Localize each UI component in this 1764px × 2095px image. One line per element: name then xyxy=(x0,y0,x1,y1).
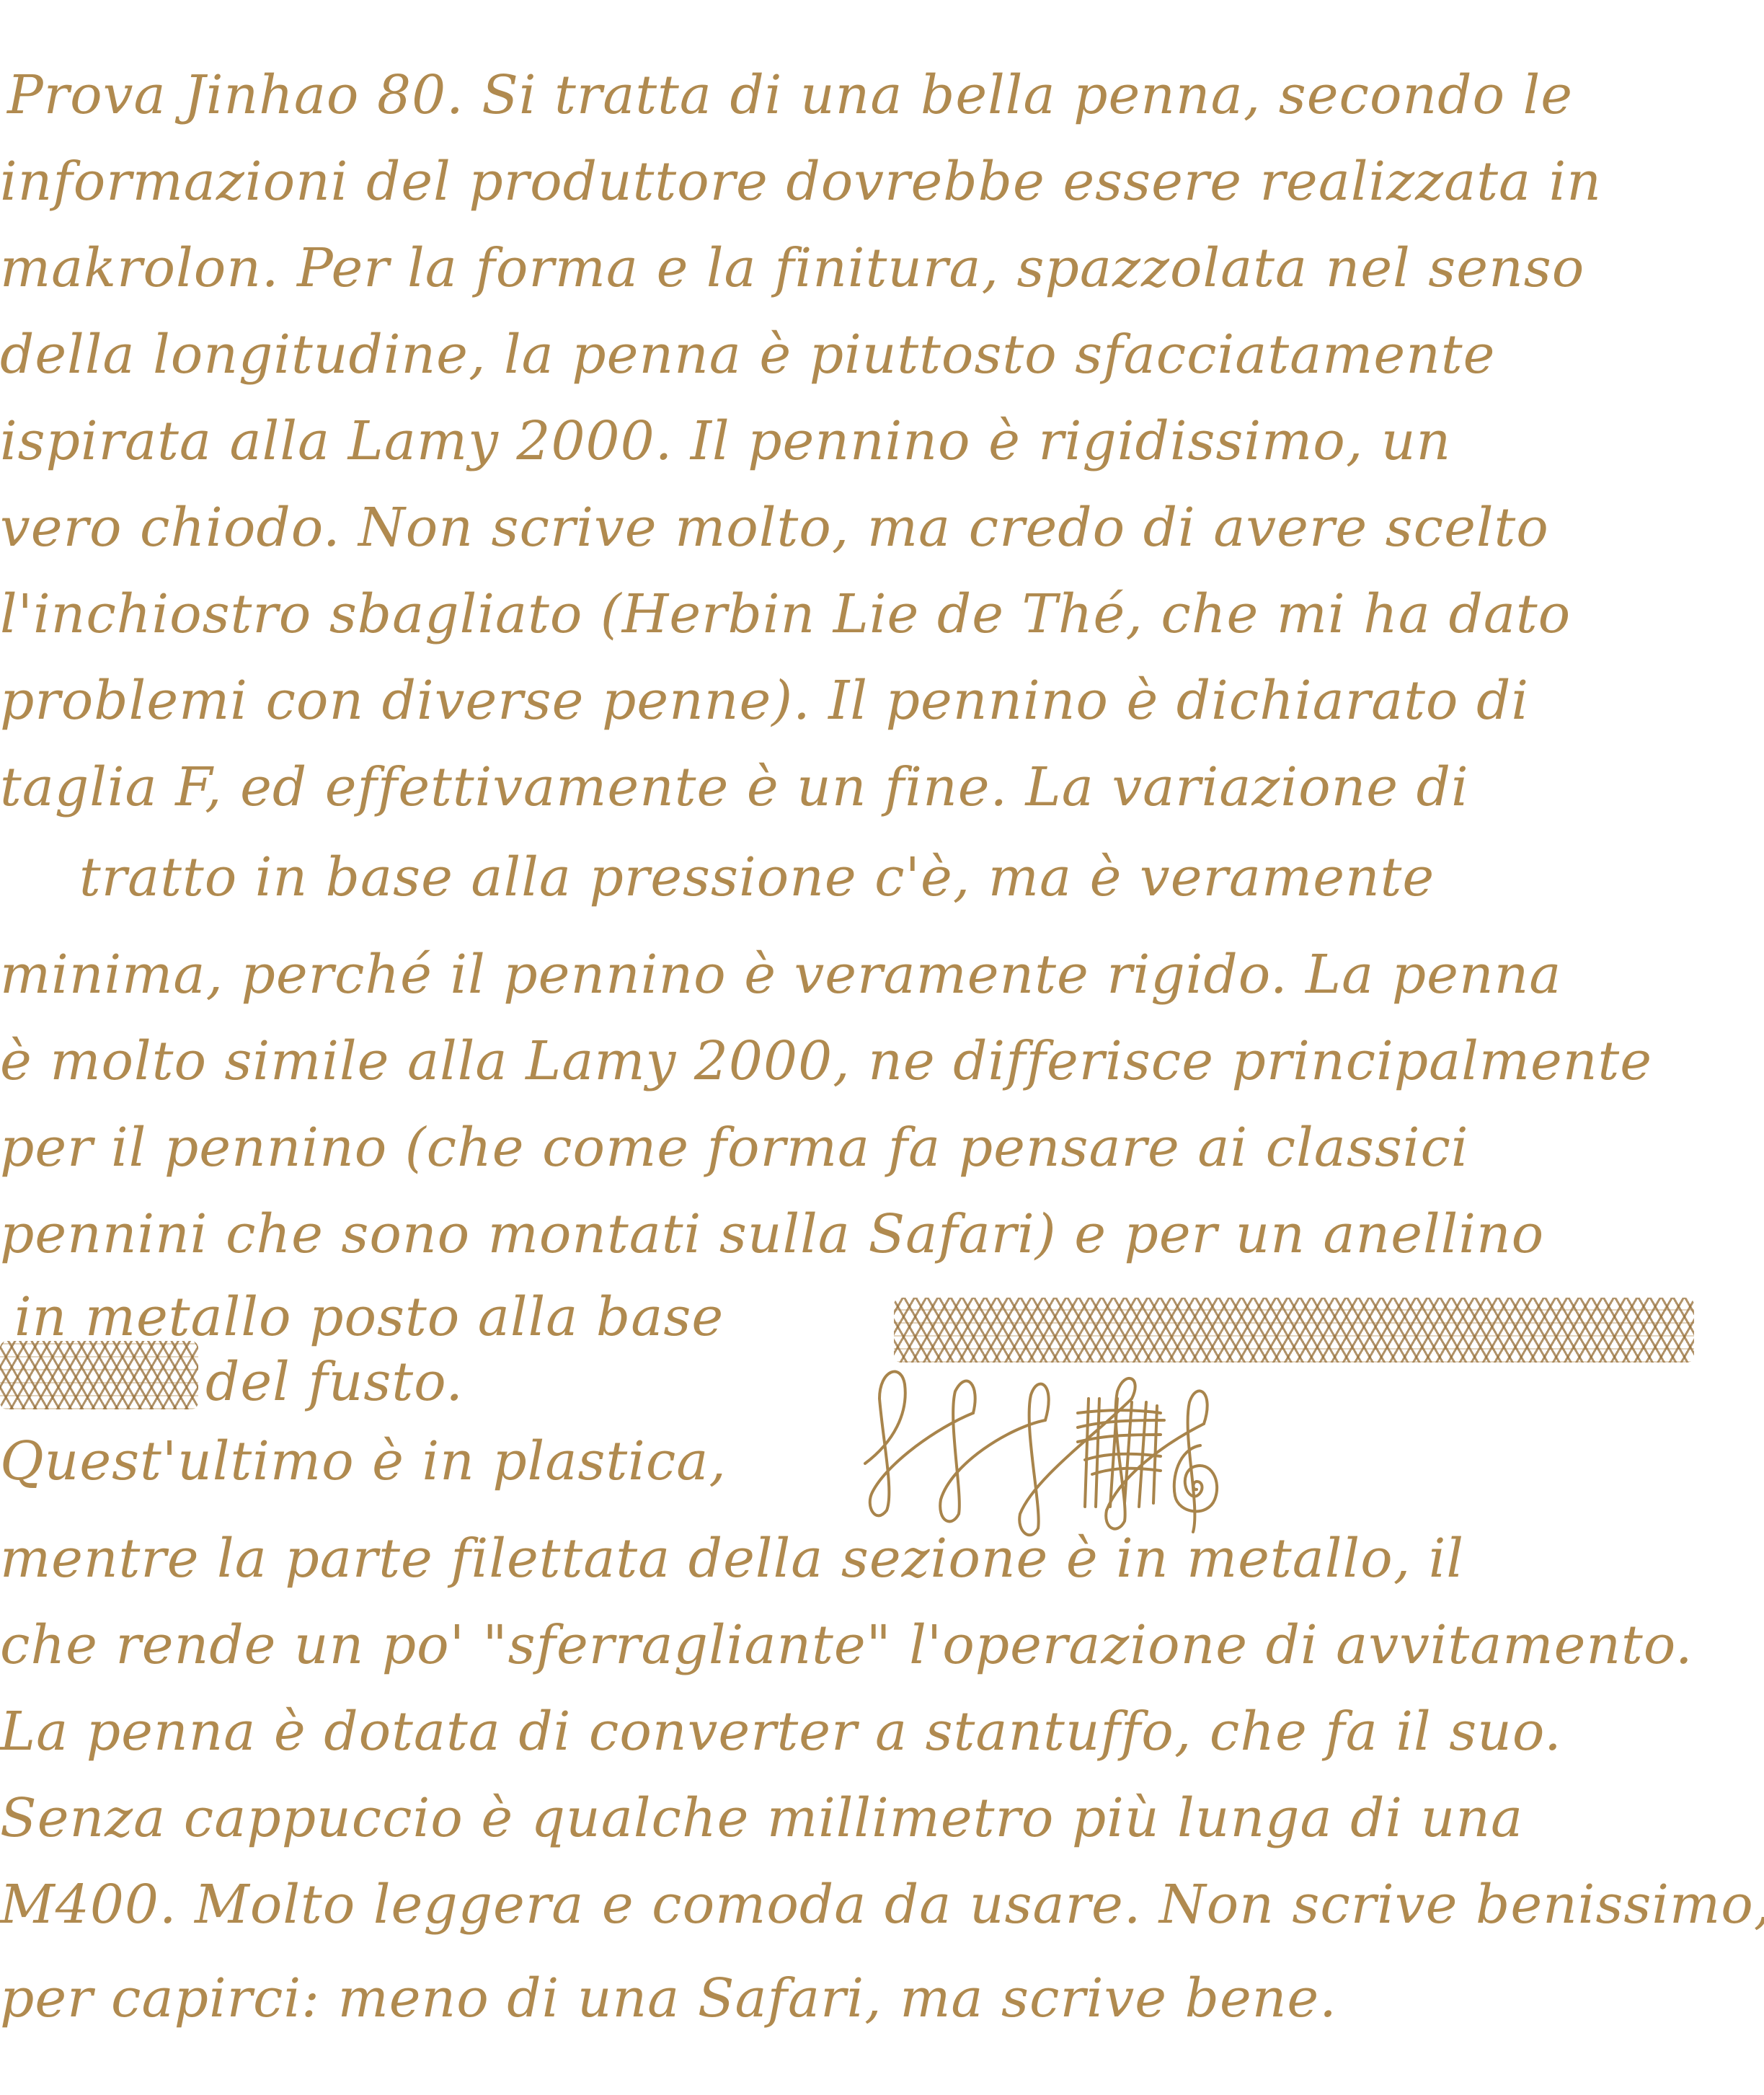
struck-out-scribble-1 xyxy=(894,1298,1694,1363)
text-line-12: è molto simile alla Lamy 2000, ne differ… xyxy=(0,1035,1652,1088)
text-line-3: makrolon. Per la forma e la finitura, sp… xyxy=(0,242,1585,295)
text-line-1: Prova Jinhao 80. Si tratta di una bella … xyxy=(7,68,1573,122)
text-line-8: problemi con diverse penne). Il pennino … xyxy=(0,674,1529,727)
text-line-4: della longitudine, la penna è piuttosto … xyxy=(0,328,1495,381)
text-line-20: La penna è dotata di converter a stantuf… xyxy=(0,1705,1562,1758)
text-line-9: taglia F, ed effettivamente è un fine. L… xyxy=(0,761,1469,814)
text-line-19: che rende un po' "sferragliante" l'opera… xyxy=(0,1618,1693,1672)
cross-hatch-grid-doodle xyxy=(1078,1395,1171,1510)
text-line-23: per capirci: meno di una Safari, ma scri… xyxy=(0,1972,1337,2025)
text-line-17: Quest'ultimo è in plastica, xyxy=(0,1435,727,1488)
text-line-15: in metallo posto alla base xyxy=(14,1290,724,1344)
text-line-13: per il pennino (che come forma fa pensar… xyxy=(0,1121,1469,1174)
text-line-5: ispirata alla Lamy 2000. Il pennino è ri… xyxy=(0,415,1451,468)
spiral-doodle xyxy=(1168,1442,1226,1521)
text-line-14: pennini che sono montati sulla Safari) e… xyxy=(0,1208,1544,1261)
handwritten-page: Prova Jinhao 80. Si tratta di una bella … xyxy=(0,0,1764,2095)
text-line-7: l'inchiostro sbagliato (Herbin Lie de Th… xyxy=(0,588,1571,641)
text-line-11: minima, perché il pennino è veramente ri… xyxy=(0,948,1561,1001)
text-line-6: vero chiodo. Non scrive molto, ma credo … xyxy=(0,501,1549,554)
text-line-21: Senza cappuccio è qualche millimetro più… xyxy=(0,1791,1523,1845)
text-line-10: tratto in base alla pressione c'è, ma è … xyxy=(79,851,1435,904)
text-line-22: M400. Molto leggera e comoda da usare. N… xyxy=(0,1878,1764,1931)
text-line-16: del fusto. xyxy=(205,1355,464,1409)
text-line-2: informazioni del produttore dovrebbe ess… xyxy=(0,155,1602,208)
struck-out-scribble-2 xyxy=(0,1341,198,1409)
